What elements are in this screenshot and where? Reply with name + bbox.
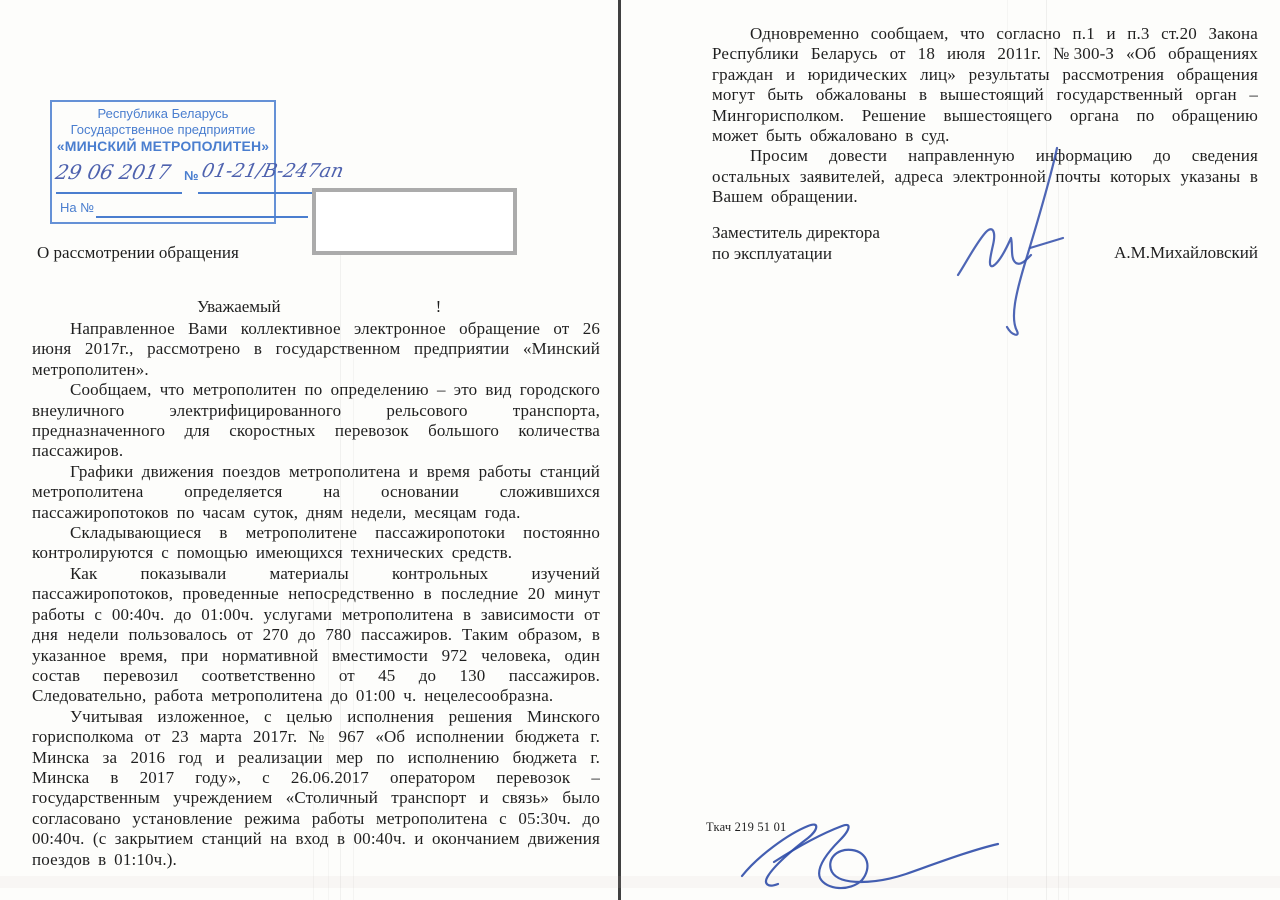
subject-line: О рассмотрении обращения <box>37 243 239 263</box>
page-1: Республика Беларусь Государственное пред… <box>0 0 618 900</box>
letter-body-right: Одновременно сообщаем, что согласно п.1 … <box>712 24 1258 208</box>
body-paragraph: Как показывали материалы контрольных изу… <box>32 564 600 707</box>
greeting-line: Уважаемый! <box>32 297 600 317</box>
signatory-position-line1: Заместитель директора <box>712 222 880 243</box>
scan-artifact-line <box>1068 160 1069 900</box>
body-paragraph: Одновременно сообщаем, что согласно п.1 … <box>712 24 1258 146</box>
greeting-exclamation: ! <box>436 297 442 316</box>
stamp-na-no-label: На № <box>60 200 94 215</box>
stamp-underline <box>56 192 182 194</box>
body-paragraph: Складывающиеся в метрополитене пассажиро… <box>32 523 600 564</box>
page-2: Одновременно сообщаем, что согласно п.1 … <box>622 0 1280 900</box>
executor-reference: Ткач 219 51 01 <box>706 820 786 835</box>
stamp-org-name-line: «МИНСКИЙ МЕТРОПОЛИТЕН» <box>52 138 274 154</box>
body-paragraph: Направленное Вами коллективное электронн… <box>32 319 600 380</box>
letter-body-left: Направленное Вами коллективное электронн… <box>32 319 600 870</box>
stamp-number-sign: № <box>184 168 199 183</box>
body-paragraph: Учитывая изложенное, с целью исполнения … <box>32 707 600 870</box>
body-paragraph: Графики движения поездов метрополитена и… <box>32 462 600 523</box>
stamp-org-type-line: Государственное предприятие <box>52 122 274 137</box>
body-paragraph: Просим довести направленную информацию д… <box>712 146 1258 207</box>
company-stamp: Республика Беларусь Государственное пред… <box>50 100 276 224</box>
stamp-date-handwritten: 29 06 2017 <box>53 160 173 184</box>
body-paragraph: Сообщаем, что метрополитен по определени… <box>32 380 600 462</box>
stamp-underline <box>96 216 308 218</box>
stamp-country-line: Республика Беларусь <box>52 106 274 121</box>
stamp-number-handwritten: 01-21/В-247ап <box>200 160 346 182</box>
signatory-name: А.М.Михайловский <box>712 243 1258 263</box>
greeting-word: Уважаемый <box>197 297 281 316</box>
redaction-box <box>312 188 517 255</box>
scanned-letter: Республика Беларусь Государственное пред… <box>0 0 1280 900</box>
scan-artifact-line <box>1058 160 1059 900</box>
page-divider <box>618 0 621 900</box>
